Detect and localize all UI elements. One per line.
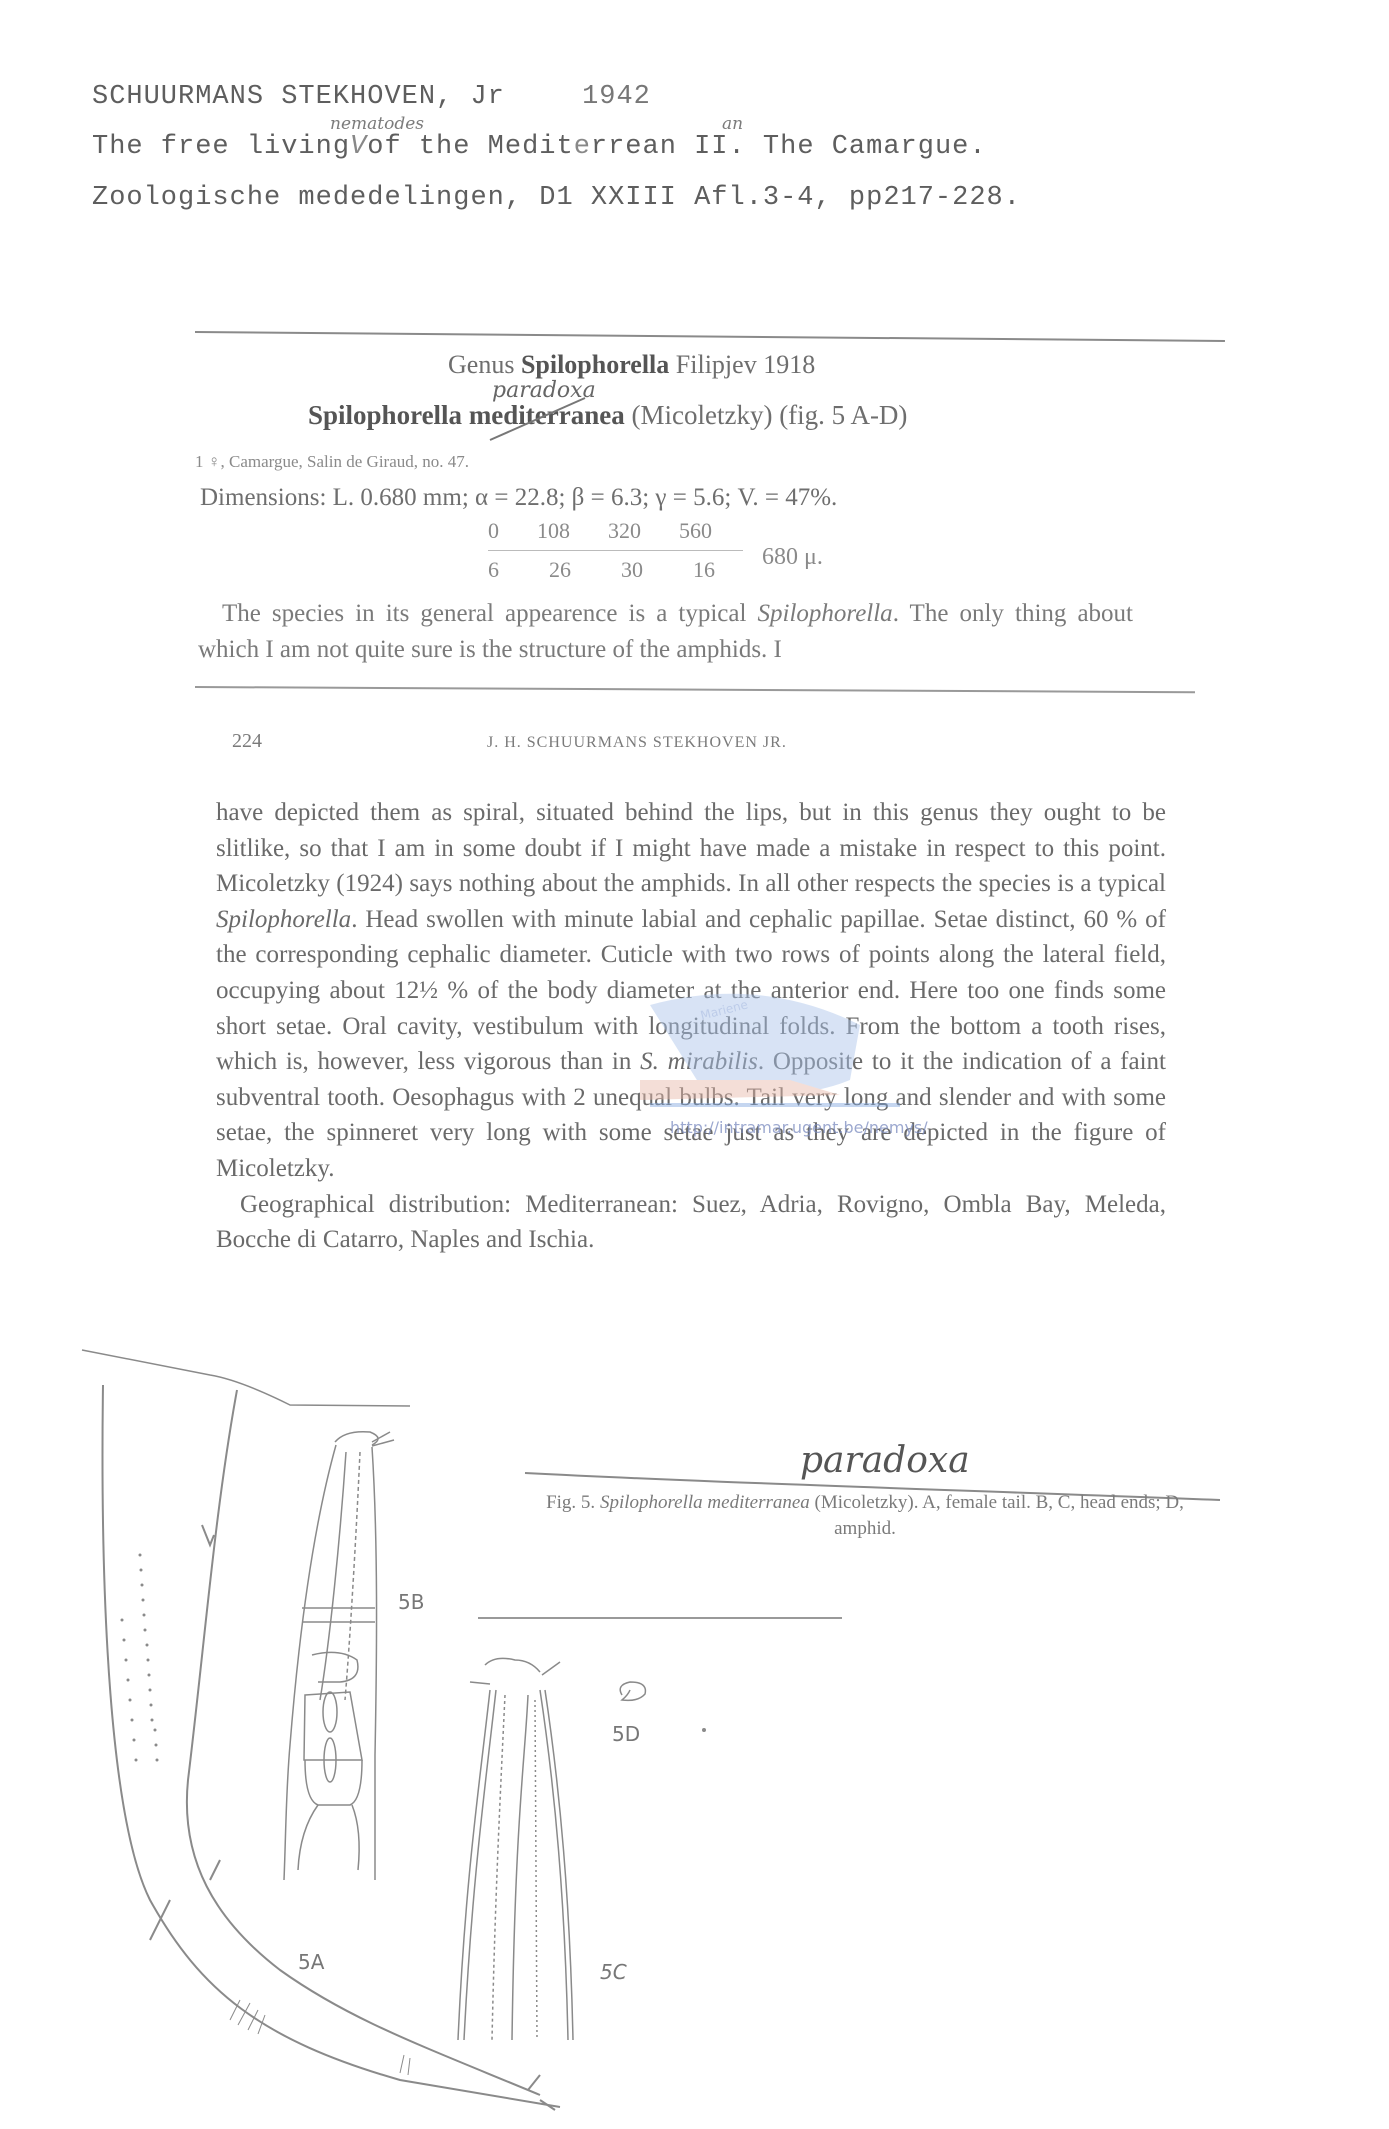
figure-drawings xyxy=(0,0,1389,2129)
figure-caption: Fig. 5. Spilophorella mediterranea (Mico… xyxy=(530,1490,1200,1542)
caption-run: Spilophorella mediterranea xyxy=(600,1492,810,1513)
figure-label-5c: 5C xyxy=(600,1960,627,1984)
caption-run: Fig. 5. xyxy=(546,1492,600,1513)
figure-label-5d: 5D xyxy=(612,1722,640,1746)
figure-label-5a: 5A xyxy=(298,1950,324,1974)
handwritten-paradoxa-caption: paradoxa xyxy=(800,1440,970,1481)
figure-label-5b: 5B xyxy=(398,1590,424,1614)
caption-run: (Micoletzky). A, female tail. B, C, head… xyxy=(810,1492,1184,1539)
